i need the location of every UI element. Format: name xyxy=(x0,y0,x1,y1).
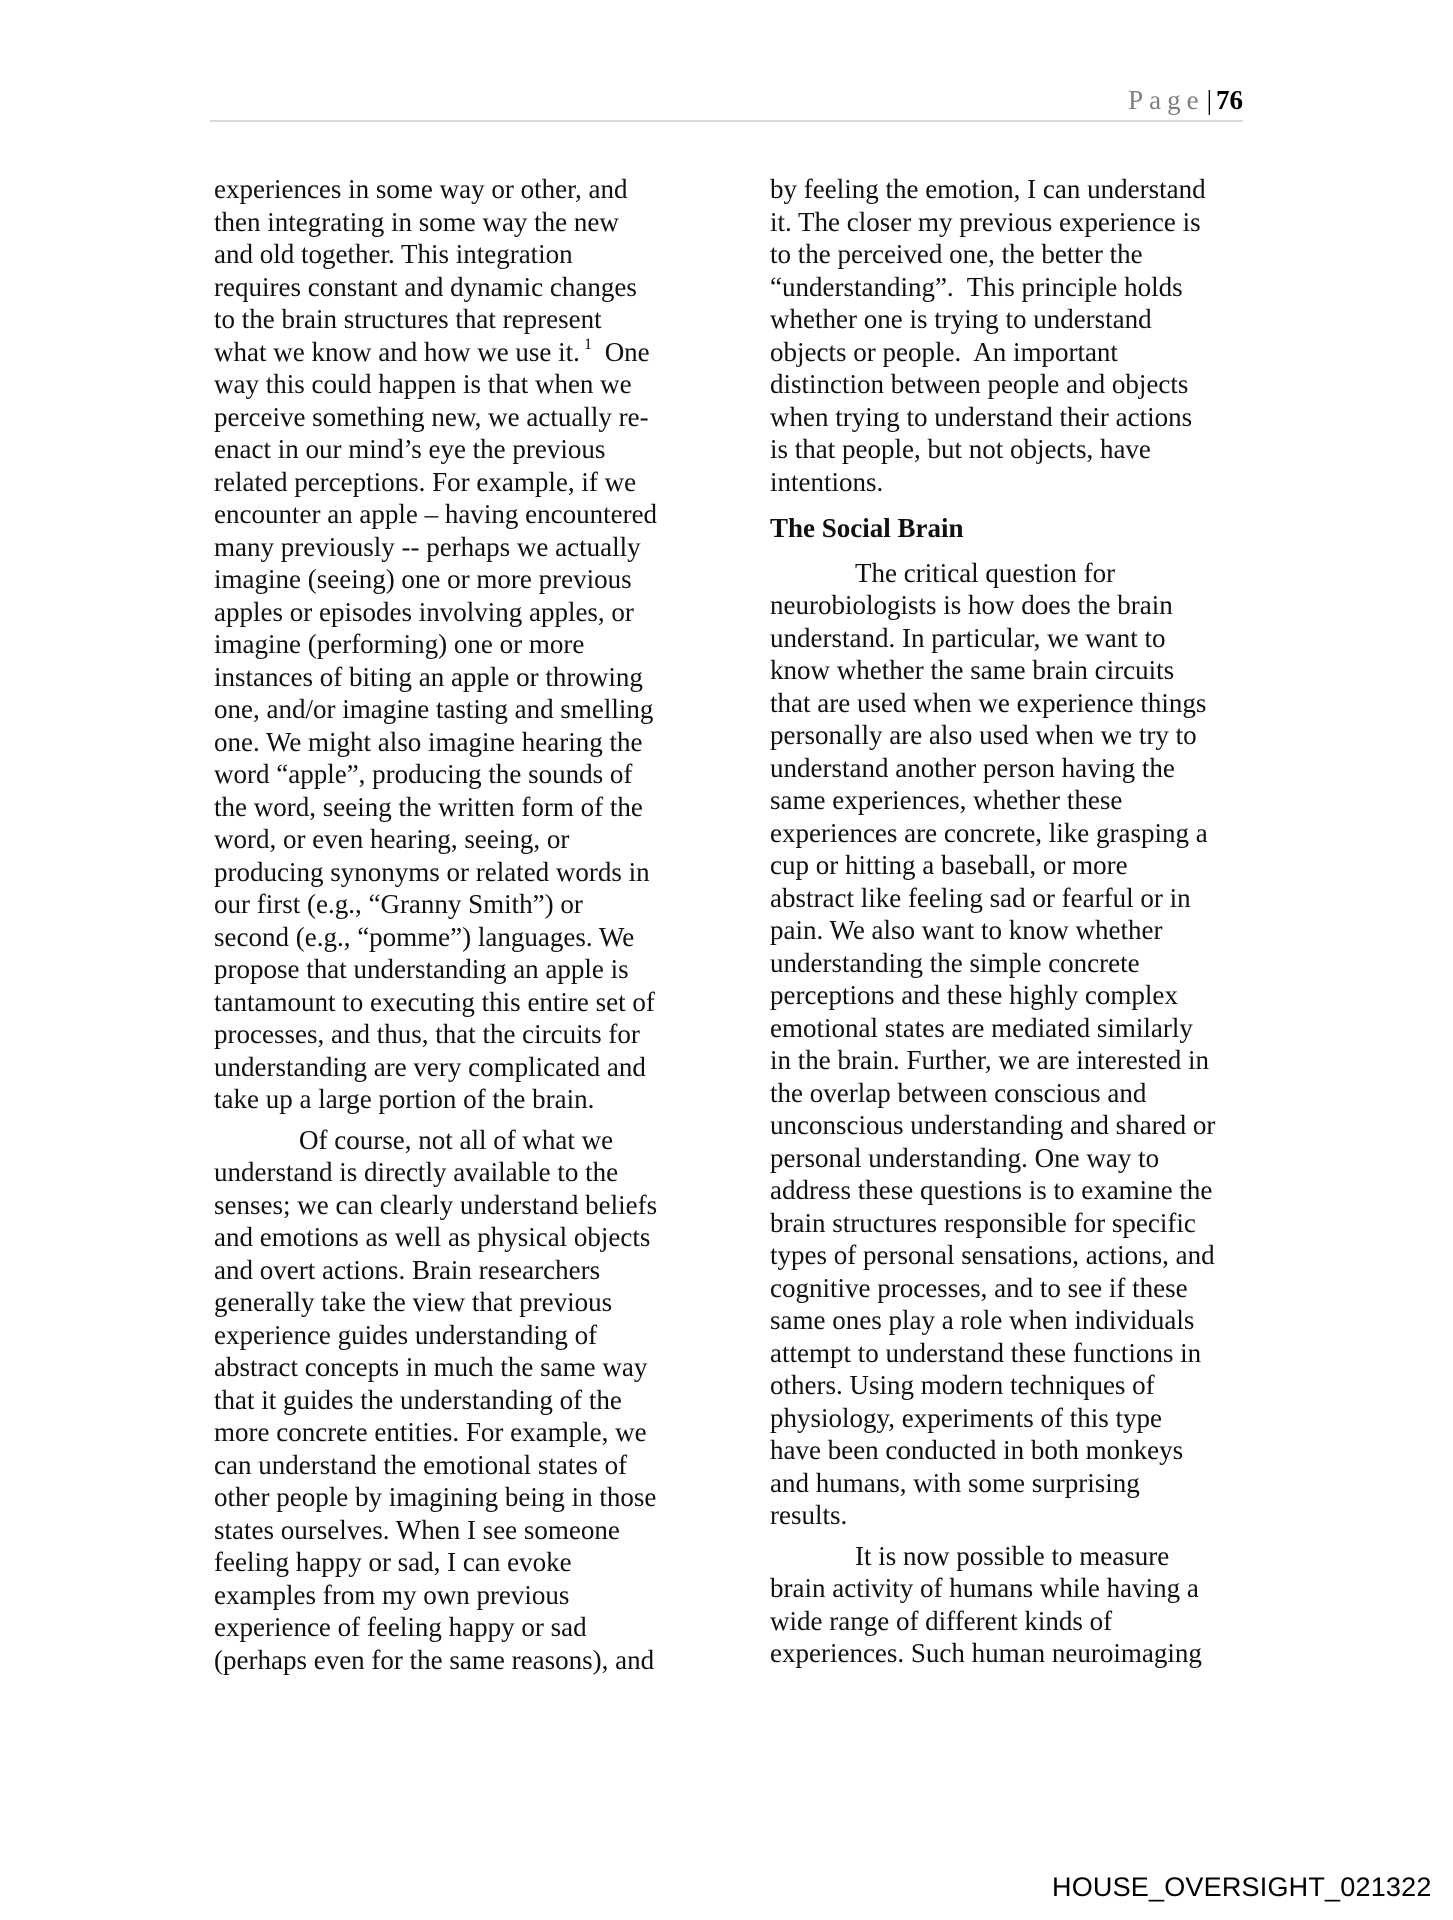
text-line: requires constant and dynamic changes xyxy=(214,271,714,304)
text-line: brain structures responsible for specifi… xyxy=(770,1207,1250,1240)
text-line: same experiences, whether these xyxy=(770,784,1250,817)
text-line: the word, seeing the written form of the xyxy=(214,791,714,824)
section-heading: The Social Brain xyxy=(770,512,1250,545)
text-line: experiences are concrete, like grasping … xyxy=(770,817,1250,850)
text-line: other people by imagining being in those xyxy=(214,1481,714,1514)
text-line: understanding the simple concrete xyxy=(770,947,1250,980)
text-line: personally are also used when we try to xyxy=(770,719,1250,752)
text-line: generally take the view that previous xyxy=(214,1286,714,1319)
text-line: unconscious understanding and shared or xyxy=(770,1109,1250,1142)
footnote-marker[interactable]: 1 xyxy=(584,336,592,353)
paragraph: Of course, not all of what we understand… xyxy=(214,1124,714,1677)
text-line: understand is directly available to the xyxy=(214,1156,714,1189)
text-line: examples from my own previous xyxy=(214,1579,714,1612)
text-line: processes, and thus, that the circuits f… xyxy=(214,1018,714,1051)
paragraph: It is now possible to measure brain acti… xyxy=(770,1540,1250,1670)
text-line: address these questions is to examine th… xyxy=(770,1174,1250,1207)
text-line: senses; we can clearly understand belief… xyxy=(214,1189,714,1222)
text-line: neurobiologists is how does the brain xyxy=(770,589,1250,622)
page-label: Page xyxy=(1128,85,1204,115)
text-line: experience of feeling happy or sad xyxy=(214,1611,714,1644)
text-line: brain activity of humans while having a xyxy=(770,1572,1250,1605)
text-line: objects or people. An important xyxy=(770,336,1250,369)
page-separator: | xyxy=(1207,85,1212,115)
text-line: and humans, with some surprising xyxy=(770,1467,1250,1500)
text-line: states ourselves. When I see someone xyxy=(214,1514,714,1547)
text-line: tantamount to executing this entire set … xyxy=(214,986,714,1019)
paragraph: The critical question for neurobiologist… xyxy=(770,557,1250,1532)
text-line: perceive something new, we actually re- xyxy=(214,401,714,434)
text-line: others. Using modern techniques of xyxy=(770,1369,1250,1402)
page-header: Page|76 xyxy=(1000,84,1243,116)
text-line-with-footnote: what we know and how we use it.1 One xyxy=(214,336,714,369)
text-line: word “apple”, producing the sounds of xyxy=(214,758,714,791)
text-line: experiences. Such human neuroimaging xyxy=(770,1637,1250,1670)
text-line: can understand the emotional states of xyxy=(214,1449,714,1482)
text-line: experience guides understanding of xyxy=(214,1319,714,1352)
text-line: many previously -- perhaps we actually xyxy=(214,531,714,564)
paragraph: experiences in some way or other, and th… xyxy=(214,173,714,1116)
text-line: instances of biting an apple or throwing xyxy=(214,661,714,694)
text-line: apples or episodes involving apples, or xyxy=(214,596,714,629)
page-number: 76 xyxy=(1216,85,1243,115)
text-line: second (e.g., “pomme”) languages. We xyxy=(214,921,714,954)
text-line: physiology, experiments of this type xyxy=(770,1402,1250,1435)
text-line: (perhaps even for the same reasons), and xyxy=(214,1644,714,1677)
paragraph: by feeling the emotion, I can understand… xyxy=(770,173,1250,498)
text-line: types of personal sensations, actions, a… xyxy=(770,1239,1250,1272)
text-line: whether one is trying to understand xyxy=(770,303,1250,336)
text-line: The critical question for xyxy=(770,557,1250,590)
text-line: one. We might also imagine hearing the xyxy=(214,726,714,759)
text-line: distinction between people and objects xyxy=(770,368,1250,401)
text-line: related perceptions. For example, if we xyxy=(214,466,714,499)
text-line: experiences in some way or other, and xyxy=(214,173,714,206)
text-line: in the brain. Further, we are interested… xyxy=(770,1044,1250,1077)
text-fragment: what we know and how we use it. xyxy=(214,337,580,367)
text-line: more concrete entities. For example, we xyxy=(214,1416,714,1449)
bates-number: HOUSE_OVERSIGHT_021322 xyxy=(1052,1872,1432,1903)
text-line: take up a large portion of the brain. xyxy=(214,1083,714,1116)
text-line: the overlap between conscious and xyxy=(770,1077,1250,1110)
text-line: “understanding”. This principle holds xyxy=(770,271,1250,304)
text-line: same ones play a role when individuals xyxy=(770,1304,1250,1337)
text-line: It is now possible to measure xyxy=(770,1540,1250,1573)
text-line: have been conducted in both monkeys xyxy=(770,1434,1250,1467)
text-line: enact in our mind’s eye the previous xyxy=(214,433,714,466)
text-line: pain. We also want to know whether xyxy=(770,914,1250,947)
text-line: cognitive processes, and to see if these xyxy=(770,1272,1250,1305)
text-line: imagine (seeing) one or more previous xyxy=(214,563,714,596)
text-line: way this could happen is that when we xyxy=(214,368,714,401)
text-line: results. xyxy=(770,1499,1250,1532)
text-line: understand. In particular, we want to xyxy=(770,622,1250,655)
text-line: by feeling the emotion, I can understand xyxy=(770,173,1250,206)
text-line: encounter an apple – having encountered xyxy=(214,498,714,531)
text-line: know whether the same brain circuits xyxy=(770,654,1250,687)
text-line: one, and/or imagine tasting and smelling xyxy=(214,693,714,726)
text-line: cup or hitting a baseball, or more xyxy=(770,849,1250,882)
text-line: and overt actions. Brain researchers xyxy=(214,1254,714,1287)
text-line: personal understanding. One way to xyxy=(770,1142,1250,1175)
text-line: Of course, not all of what we xyxy=(214,1124,714,1157)
text-line: abstract concepts in much the same way xyxy=(214,1351,714,1384)
text-line: to the brain structures that represent xyxy=(214,303,714,336)
left-column: experiences in some way or other, and th… xyxy=(214,173,714,1676)
header-rule xyxy=(210,120,1243,122)
text-line: perceptions and these highly complex xyxy=(770,979,1250,1012)
text-line: imagine (performing) one or more xyxy=(214,628,714,661)
text-line: feeling happy or sad, I can evoke xyxy=(214,1546,714,1579)
text-line: is that people, but not objects, have xyxy=(770,433,1250,466)
text-line: understanding are very complicated and xyxy=(214,1051,714,1084)
text-line: our first (e.g., “Granny Smith”) or xyxy=(214,888,714,921)
text-line: it. The closer my previous experience is xyxy=(770,206,1250,239)
text-line: abstract like feeling sad or fearful or … xyxy=(770,882,1250,915)
text-line: attempt to understand these functions in xyxy=(770,1337,1250,1370)
right-column: by feeling the emotion, I can understand… xyxy=(770,173,1250,1670)
text-line: that it guides the understanding of the xyxy=(214,1384,714,1417)
text-line: that are used when we experience things xyxy=(770,687,1250,720)
text-line: and old together. This integration xyxy=(214,238,714,271)
text-line: word, or even hearing, seeing, or xyxy=(214,823,714,856)
text-line: emotional states are mediated similarly xyxy=(770,1012,1250,1045)
text-line: producing synonyms or related words in xyxy=(214,856,714,889)
text-line: and emotions as well as physical objects xyxy=(214,1221,714,1254)
text-line: wide range of different kinds of xyxy=(770,1605,1250,1638)
text-line: to the perceived one, the better the xyxy=(770,238,1250,271)
text-line: propose that understanding an apple is xyxy=(214,953,714,986)
text-line: intentions. xyxy=(770,466,1250,499)
text-line: then integrating in some way the new xyxy=(214,206,714,239)
text-line: understand another person having the xyxy=(770,752,1250,785)
text-fragment: One xyxy=(605,337,650,367)
text-line: when trying to understand their actions xyxy=(770,401,1250,434)
